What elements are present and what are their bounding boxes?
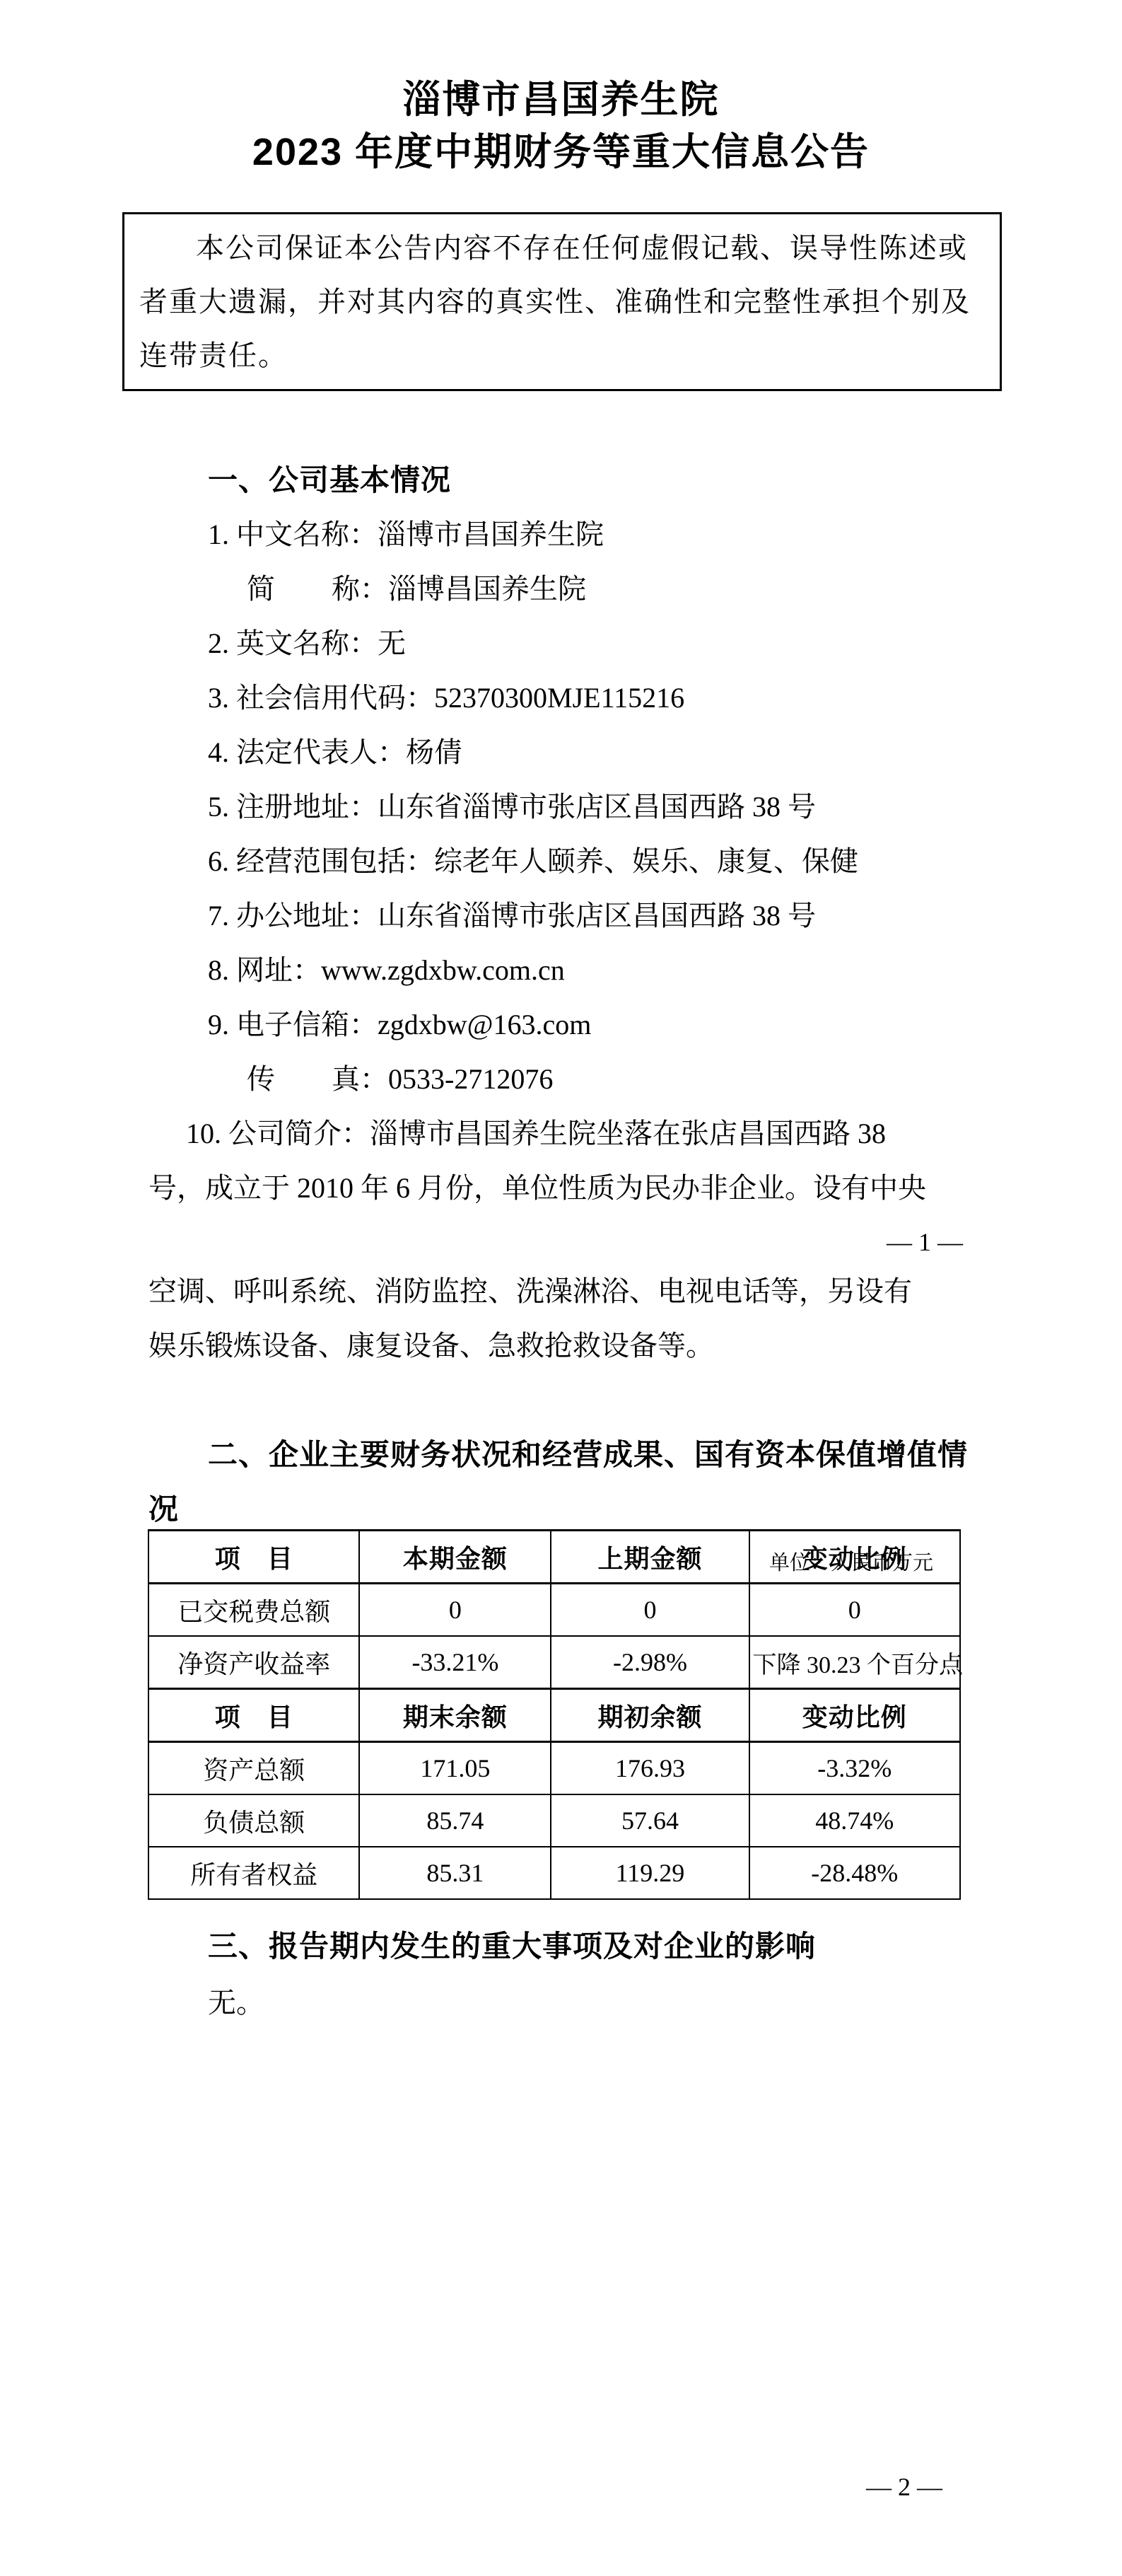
table-cell: -3.32% <box>749 1742 961 1795</box>
basic-info-line: 简 称：淄博昌国养生院 <box>148 562 976 616</box>
table-cell: 57.64 <box>551 1794 749 1847</box>
basic-info-line: 8. 网址：www.zgdxbw.com.cn <box>148 943 976 997</box>
table-cell: 119.29 <box>551 1847 749 1899</box>
table-cell: 171.05 <box>359 1742 551 1795</box>
disclaimer-line: 连带责任。 <box>139 329 983 383</box>
table-cell: 176.93 <box>551 1742 749 1795</box>
company-profile-line: 空调、呼叫系统、消防监控、洗澡淋浴、电视电话等，另设有 <box>148 1264 976 1318</box>
page-1-marker: — 1 — <box>148 1215 976 1270</box>
table-row: 资产总额 171.05 176.93 -3.32% <box>148 1742 960 1795</box>
document-page: 淄博市昌国养生院 2023 年度中期财务等重大信息公告 本公司保证本公告内容不存… <box>0 0 1122 2576</box>
basic-info-line: 5. 注册地址：山东省淄博市张店区昌国西路 38 号 <box>148 779 976 834</box>
disclaimer-box: 本公司保证本公告内容不存在任何虚假记载、误导性陈述或 者重大遗漏，并对其内容的真… <box>122 212 1002 391</box>
basic-info-line: 号，成立于 2010 年 6 月份，单位性质为民办非企业。设有中央 <box>148 1161 976 1215</box>
table-row: 已交税费总额 0 0 0 <box>148 1584 960 1637</box>
basic-info-line: 6. 经营范围包括：综老年人颐养、娱乐、康复、保健 <box>148 834 976 888</box>
basic-info-line: 4. 法定代表人：杨倩 <box>148 725 976 779</box>
table-header-cell: 本期金额 <box>359 1531 551 1584</box>
finance-table: 项 目 本期金额 上期金额 变动比例 已交税费总额 0 0 0 净资产收益率 -… <box>148 1529 961 1900</box>
title-line-2: 2023 年度中期财务等重大信息公告 <box>0 126 1122 178</box>
basic-info-line: 10. 公司简介：淄博市昌国养生院坐落在张店昌国西路 38 <box>148 1106 976 1161</box>
table-header-cell: 变动比例 <box>749 1689 961 1742</box>
section3-heading: 三、报告期内发生的重大事项及对企业的影响 <box>148 1918 976 1975</box>
table-header-row: 项 目 本期金额 上期金额 变动比例 <box>148 1531 960 1584</box>
table-cell: 85.31 <box>359 1847 551 1899</box>
table-cell: 已交税费总额 <box>148 1584 359 1637</box>
basic-info-line: 2. 英文名称：无 <box>148 616 976 671</box>
disclaimer-line: 者重大遗漏，并对其内容的真实性、准确性和完整性承担个别及 <box>139 275 983 329</box>
table-header-cell: 上期金额 <box>551 1531 749 1584</box>
basic-info-line: 9. 电子信箱：zgdxbw@163.com <box>148 997 976 1052</box>
table-header-cell: 项 目 <box>148 1689 359 1742</box>
disclaimer-line: 本公司保证本公告内容不存在任何虚假记载、误导性陈述或 <box>139 221 983 275</box>
table-row: 负债总额 85.74 57.64 48.74% <box>148 1794 960 1847</box>
section3-body: 无。 <box>148 1975 976 2031</box>
table-cell: 85.74 <box>359 1794 551 1847</box>
table-header-row: 项 目 期末余额 期初余额 变动比例 <box>148 1689 960 1742</box>
basic-info-line: 3. 社会信用代码：52370300MJE115216 <box>148 671 976 725</box>
table-cell: 净资产收益率 <box>148 1636 359 1689</box>
table-cell: 所有者权益 <box>148 1847 359 1899</box>
title-line-1: 淄博市昌国养生院 <box>0 74 1122 126</box>
table-header-cell: 期末余额 <box>359 1689 551 1742</box>
table-cell: 0 <box>551 1584 749 1637</box>
basic-info-line: 传 真：0533-2712076 <box>148 1052 976 1106</box>
page-2-marker: — 2 — <box>0 2460 1122 2514</box>
table-row: 净资产收益率 -33.21% -2.98% 下降 30.23 个百分点 <box>148 1636 960 1689</box>
table-cell: 0 <box>749 1584 961 1637</box>
table-cell: -2.98% <box>551 1636 749 1689</box>
section-major-events: 三、报告期内发生的重大事项及对企业的影响 无。 <box>148 1918 976 2031</box>
table-cell: 0 <box>359 1584 551 1637</box>
table-cell: -28.48% <box>749 1847 961 1899</box>
basic-info-line: 7. 办公地址：山东省淄博市张店区昌国西路 38 号 <box>148 888 976 943</box>
company-profile-line: 娱乐锻炼设备、康复设备、急救抢救设备等。 <box>148 1318 976 1373</box>
table-cell: -33.21% <box>359 1636 551 1689</box>
table-cell: 下降 30.23 个百分点 <box>749 1636 961 1689</box>
table-cell: 资产总额 <box>148 1742 359 1795</box>
document-title: 淄博市昌国养生院 2023 年度中期财务等重大信息公告 <box>0 74 1122 178</box>
table-header-cell: 变动比例 <box>749 1531 961 1584</box>
table-header-cell: 期初余额 <box>551 1689 749 1742</box>
section2-heading: 二、企业主要财务状况和经营成果、国有资本保值增值情况 <box>148 1427 976 1536</box>
table-header-cell: 项 目 <box>148 1531 359 1584</box>
table-cell: 负债总额 <box>148 1794 359 1847</box>
basic-info-line: 1. 中文名称：淄博市昌国养生院 <box>148 507 976 562</box>
section1-heading: 一、公司基本情况 <box>148 453 976 507</box>
table-row: 所有者权益 85.31 119.29 -28.48% <box>148 1847 960 1899</box>
section-basic-info: 一、公司基本情况 1. 中文名称：淄博市昌国养生院 简 称：淄博昌国养生院 2.… <box>148 453 976 1270</box>
table-cell: 48.74% <box>749 1794 961 1847</box>
